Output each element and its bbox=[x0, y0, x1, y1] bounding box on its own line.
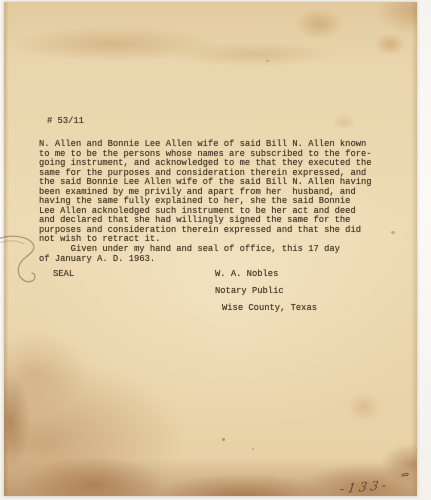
acknowledgment-paragraph: N. Allen and Bonnie Lee Allen wife of sa… bbox=[39, 140, 372, 245]
closing-line: of January A. D. 1963. bbox=[39, 255, 340, 265]
scanned-document-page: # 53/11 N. Allen and Bonnie Lee Allen wi… bbox=[0, 0, 431, 500]
seal-label: SEAL bbox=[53, 270, 74, 280]
notary-county: Wise County, Texas bbox=[222, 304, 317, 314]
paper-speck bbox=[222, 438, 225, 441]
notary-name: W. A. Nobles bbox=[215, 270, 278, 280]
paper-speck bbox=[391, 231, 395, 234]
closing-paragraph: Given under my hand and seal of office, … bbox=[39, 245, 340, 264]
paper-speck bbox=[266, 60, 269, 62]
document-number: # 53/11 bbox=[47, 117, 84, 127]
pencil-corner-mark: ⇒ bbox=[400, 469, 410, 481]
notary-title: Notary Public bbox=[215, 287, 284, 297]
paper-speck bbox=[252, 448, 254, 450]
